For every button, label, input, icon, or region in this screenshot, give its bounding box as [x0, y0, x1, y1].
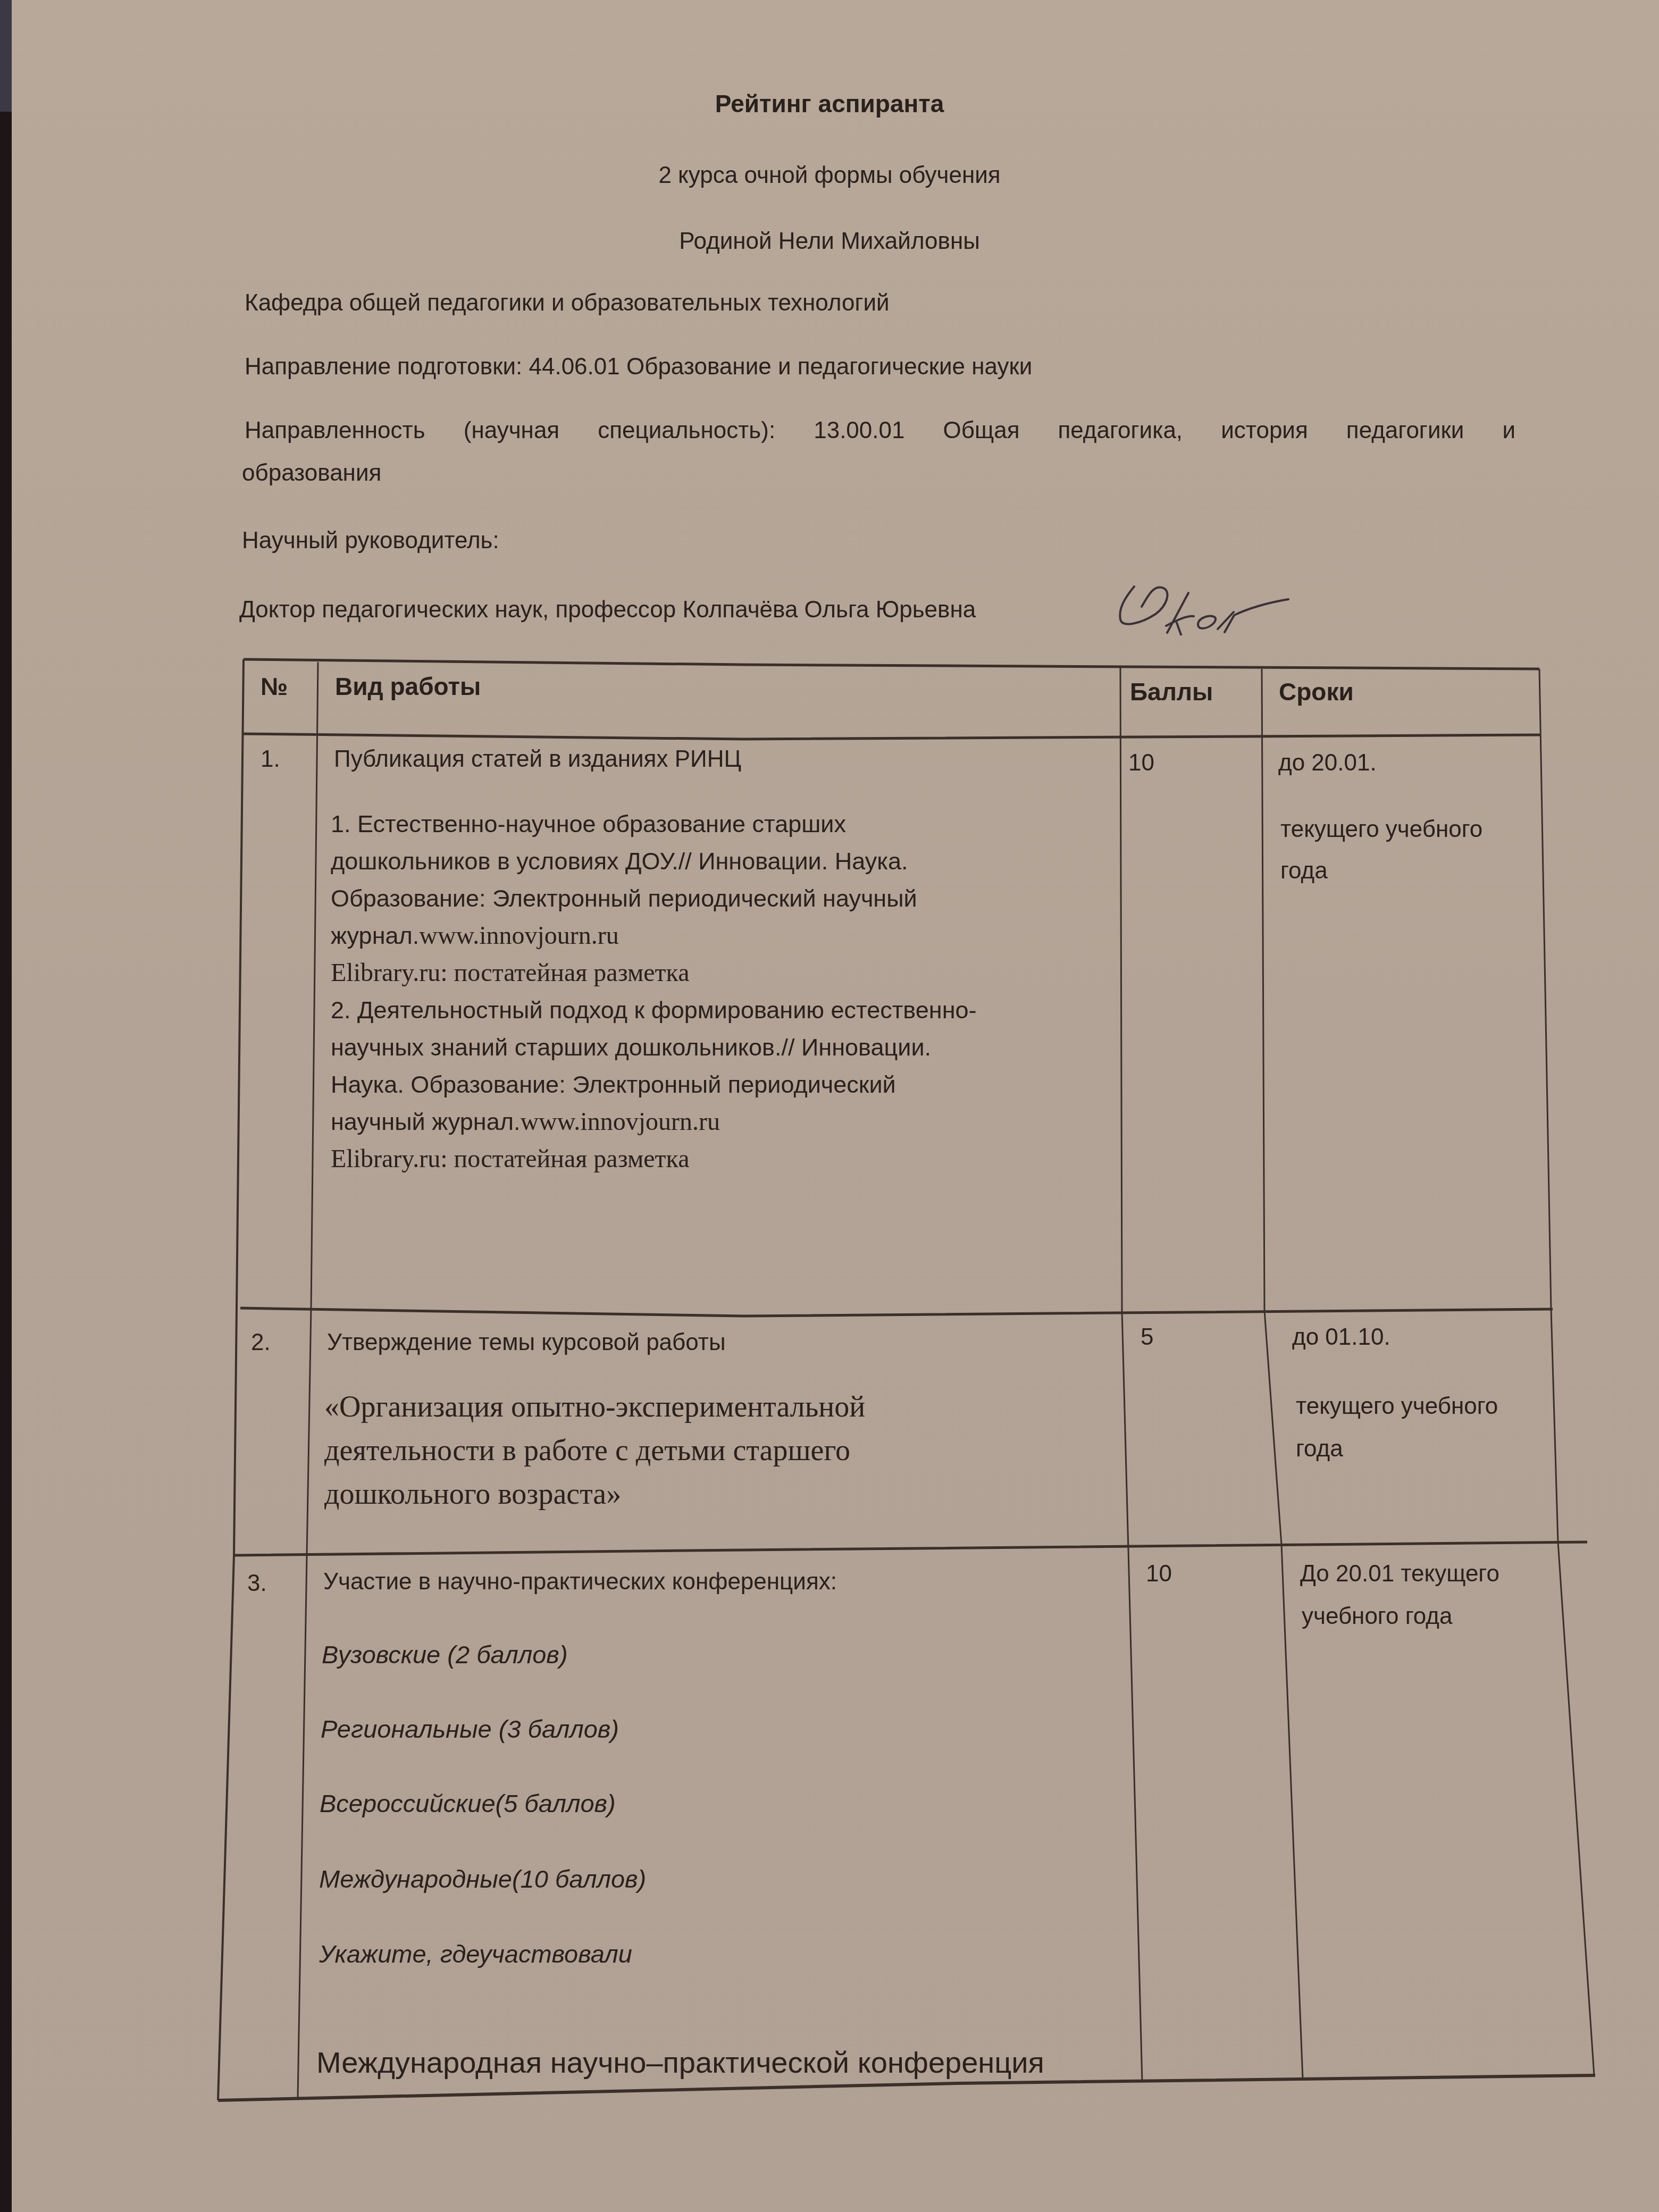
- specialty-word: педагогика,: [1058, 419, 1183, 442]
- journal-url: www.innovjourn.ru: [520, 1108, 720, 1136]
- column-header-number: №: [261, 667, 288, 706]
- specialty-word: (научная: [464, 419, 559, 442]
- column-header-points: Баллы: [1130, 673, 1213, 711]
- supervisor-label: Научный руководитель:: [242, 529, 499, 552]
- publication-line: Elibrary.ru: постатейная разметка: [331, 1141, 977, 1178]
- coursework-topic: «Организация опытно-экспериментальной де…: [324, 1385, 865, 1516]
- publication-list: 1. Естественно-научное образование старш…: [331, 806, 977, 1178]
- publication-line: дошкольников в условиях ДОУ.// Инновации…: [331, 843, 977, 880]
- publication-line: научных знаний старших дошкольников.// И…: [331, 1029, 977, 1066]
- publication-line: Наука. Образование: Электронный периодич…: [331, 1066, 977, 1103]
- background-edge: [0, 0, 12, 2212]
- journal-url: www.innovjourn.ru: [419, 921, 619, 950]
- row-number: 3.: [247, 1565, 267, 1602]
- specialty-word: специальность):: [598, 419, 775, 442]
- specialty-word: педагогики: [1346, 419, 1464, 442]
- supervisor-name: Доктор педагогических наук, профессор Ко…: [239, 598, 976, 622]
- row-deadline-note: текущего учебного: [1280, 811, 1482, 848]
- conference-level: Региональные (3 баллов): [321, 1710, 619, 1749]
- row-points: 10: [1146, 1555, 1172, 1593]
- specialty-word: 13.00.01: [814, 419, 904, 442]
- row-title: Публикация статей в изданиях РИНЦ: [334, 741, 741, 778]
- signature-icon: [1109, 577, 1289, 635]
- specialty-word: история: [1221, 419, 1308, 442]
- topic-line: деятельности в работе с детьми старшего: [324, 1429, 865, 1472]
- specialty-word: и: [1502, 419, 1515, 442]
- conference-level: Вузовские (2 баллов): [322, 1635, 568, 1674]
- publication-line: 2. Деятельностный подход к формированию …: [331, 992, 977, 1029]
- course-line: 2 курса очной формы обучения: [0, 164, 1659, 187]
- row-title: Участие в научно-практических конференци…: [323, 1563, 837, 1601]
- specialty-continuation: образования: [242, 462, 381, 485]
- conference-level: Всероссийские(5 баллов): [320, 1784, 616, 1823]
- specialty-word: Общая: [943, 419, 1020, 442]
- publication-line: Образование: Электронный периодический н…: [331, 880, 977, 917]
- row-title: Утверждение темы курсовой работы: [327, 1324, 726, 1361]
- specialty-word: Направленность: [245, 419, 425, 442]
- row-deadline-note: года: [1296, 1430, 1343, 1468]
- row-number: 2.: [251, 1324, 271, 1361]
- row-points: 10: [1128, 744, 1154, 782]
- row-deadline-note: учебного года: [1302, 1598, 1452, 1635]
- specialty-line: Направленность (научная специальность): …: [245, 419, 1515, 442]
- conference-answer: Международная научно–практической конфер…: [316, 2039, 1044, 2086]
- program: Направление подготовки: 44.06.01 Образов…: [245, 355, 1032, 379]
- topic-line: «Организация опытно-экспериментальной: [324, 1385, 865, 1429]
- row-points: 5: [1141, 1319, 1153, 1356]
- student-name: Родиной Нели Михайловны: [0, 230, 1659, 253]
- publication-text: журнал.: [331, 922, 419, 949]
- row-deadline-note: текущего учебного: [1296, 1388, 1498, 1425]
- publication-line: журнал.www.innovjourn.ru: [331, 917, 977, 954]
- department: Кафедра общей педагогики и образовательн…: [245, 291, 890, 315]
- publication-text: научный журнал.: [331, 1108, 520, 1135]
- publication-line: 1. Естественно-научное образование старш…: [331, 806, 977, 843]
- publication-line: Elibrary.ru: постатейная разметка: [331, 954, 977, 992]
- row-deadline: до 01.10.: [1292, 1319, 1390, 1356]
- document-title: Рейтинг аспиранта: [0, 91, 1659, 116]
- row-deadline-note: года: [1280, 852, 1328, 890]
- column-header-work-type: Вид работы: [335, 667, 481, 706]
- row-deadline: до 20.01.: [1278, 744, 1377, 782]
- conference-level: Международные(10 баллов): [319, 1859, 646, 1899]
- row-deadline: До 20.01 текущего: [1300, 1555, 1499, 1593]
- column-header-deadline: Сроки: [1279, 673, 1354, 711]
- publication-line: научный журнал.www.innovjourn.ru: [331, 1103, 977, 1141]
- conference-prompt: Укажите, гдеучаствовали: [319, 1934, 632, 1974]
- topic-line: дошкольного возраста»: [324, 1472, 865, 1516]
- row-number: 1.: [261, 741, 280, 778]
